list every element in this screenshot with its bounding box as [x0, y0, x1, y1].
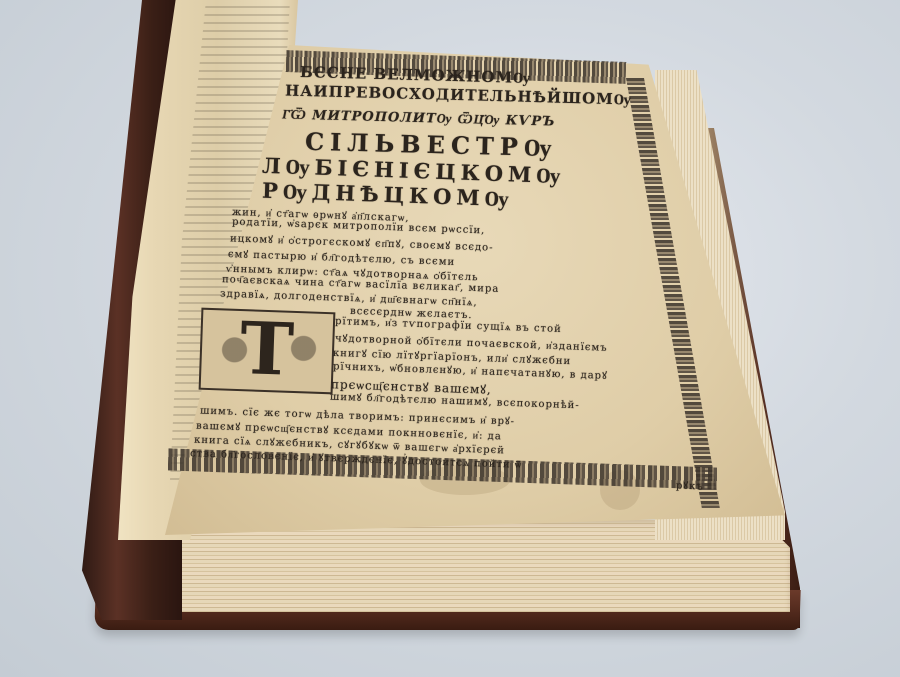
catchword: рꙋкъ	[676, 478, 704, 493]
initial-letter: Т	[239, 305, 296, 392]
woodcut-initial: Т	[199, 308, 336, 395]
photo-scene: БЄСНЕ ВЕЛМОЖНОМѸ НАИПРЕВОСХОДИТЕЛЬНѢЙШОМ…	[0, 0, 900, 677]
page-stain	[600, 470, 640, 510]
